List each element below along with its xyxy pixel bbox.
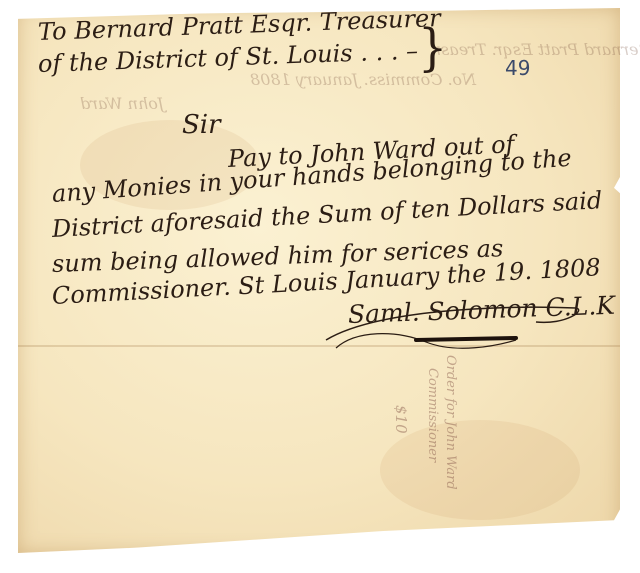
bleed-through-text: John Ward	[80, 94, 164, 113]
endorsement-amount: $10	[392, 405, 410, 434]
endorsement-text: Order for John Ward	[443, 355, 458, 490]
archive-number: 49	[505, 56, 530, 80]
paper-stain	[380, 420, 580, 520]
signature-flourish	[316, 300, 606, 360]
bleed-through-text: Bernard Pratt Esqr. Treasr.	[430, 40, 640, 59]
salutation: Sir	[182, 110, 221, 140]
endorsement-text: Commissioner	[425, 368, 440, 462]
brace-mark: }	[418, 17, 447, 76]
